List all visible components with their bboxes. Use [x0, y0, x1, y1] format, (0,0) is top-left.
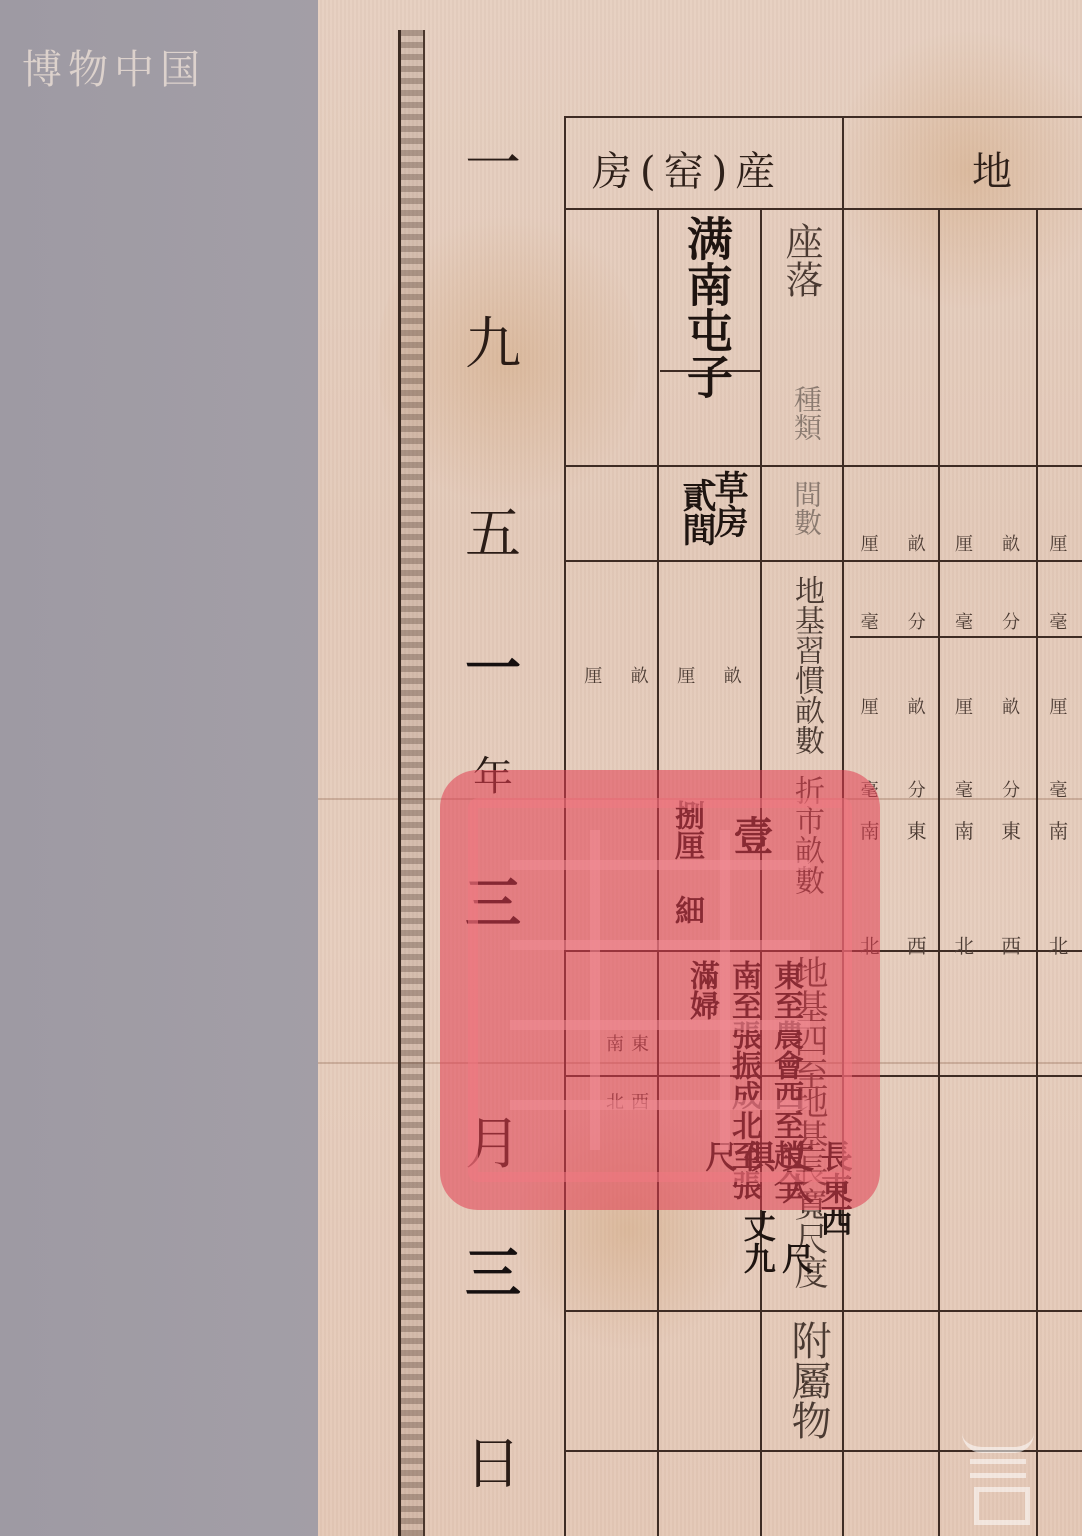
label-location: 座落 — [782, 222, 820, 298]
direction-label: 西 — [1001, 930, 1021, 959]
land-section-title: 地 — [972, 140, 1020, 197]
direction-label: 西 — [907, 930, 927, 959]
unit-label: 厘 — [1049, 530, 1067, 556]
unit-label: 分 — [1002, 776, 1020, 802]
rooms-value: 貳間 — [672, 478, 721, 546]
grid-line — [1036, 210, 1038, 1536]
unit-label: 厘 — [955, 693, 973, 719]
unit-label: 毫 — [955, 776, 973, 802]
label-rooms: 間數 — [786, 480, 826, 536]
decorative-border — [398, 30, 425, 1536]
date-char: 五 — [448, 490, 538, 570]
grid-line — [566, 116, 1082, 118]
unit-label: 分 — [1002, 608, 1020, 634]
land-unit-row: 厘 畝 厘 畝 厘 — [846, 693, 1082, 719]
land-unit-row: 厘 畝 厘 畝 厘 — [846, 530, 1082, 556]
grid-line — [566, 465, 1082, 467]
house-unit-row: 厘 畝 厘 畝 — [570, 662, 756, 688]
unit-label: 毫 — [1049, 608, 1067, 634]
direction-label: 北 — [954, 930, 974, 959]
red-seal-stamp — [440, 770, 880, 1210]
grid-line — [566, 1310, 1082, 1312]
watermark-text: 博物中国 — [22, 38, 206, 95]
grid-line — [850, 636, 1082, 638]
grid-line — [566, 560, 1082, 562]
direction-label: 北 — [1048, 930, 1068, 959]
date-char: 三 — [448, 1230, 538, 1310]
unit-label: 分 — [908, 776, 926, 802]
date-char: 九 — [448, 300, 538, 380]
date-char: 一 — [448, 120, 538, 200]
direction-label: 南 — [954, 815, 974, 844]
date-char: 日 — [448, 1420, 538, 1500]
label-customary-area: 地基習慣畝數 — [784, 575, 828, 755]
label-type: 種類 — [786, 385, 826, 441]
unit-label: 畝 — [908, 530, 926, 556]
unit-label: 毫 — [861, 608, 879, 634]
land-unit-row: 毫 分 毫 分 毫 — [846, 608, 1082, 634]
land-direction-row: 南 東 南 東 南 — [846, 815, 1082, 844]
house-section-title: 房(窑)産 — [592, 140, 783, 197]
unit-label: 厘 — [584, 662, 602, 688]
direction-label: 東 — [1001, 815, 1021, 844]
unit-label: 分 — [908, 608, 926, 634]
unit-label: 厘 — [677, 662, 695, 688]
unit-label: 畝 — [1002, 693, 1020, 719]
direction-label: 南 — [1048, 815, 1068, 844]
land-unit-row: 毫 分 毫 分 毫 — [846, 776, 1082, 802]
label-attachments: 附屬物 — [780, 1320, 837, 1440]
unit-label: 毫 — [1049, 776, 1067, 802]
unit-label: 畝 — [724, 662, 742, 688]
unit-label: 厘 — [861, 530, 879, 556]
unit-label: 畝 — [908, 693, 926, 719]
location-value: 满南屯子 — [680, 215, 733, 399]
unit-label: 畝 — [1002, 530, 1020, 556]
unit-label: 毫 — [955, 608, 973, 634]
unit-label: 厘 — [1049, 693, 1067, 719]
unit-label: 厘 — [955, 530, 973, 556]
unit-label: 厘 — [861, 693, 879, 719]
grid-line — [566, 208, 1082, 210]
unit-label: 畝 — [631, 662, 649, 688]
date-char: 一 — [448, 625, 538, 705]
grid-line — [938, 210, 940, 1536]
museum-logo-icon — [958, 1425, 1038, 1520]
land-direction-row: 北 西 北 西 北 — [846, 930, 1082, 959]
direction-label: 東 — [907, 815, 927, 844]
